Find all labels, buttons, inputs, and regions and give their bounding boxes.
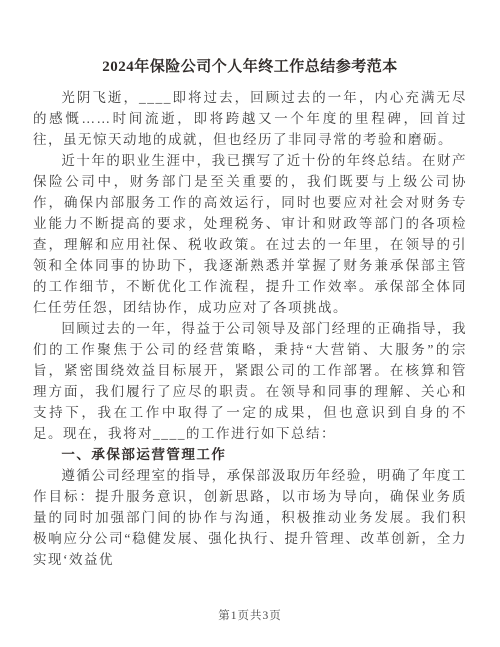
section-heading-underwriting: 一、承保部运营管理工作 bbox=[33, 444, 467, 465]
paragraph-year-review: 回顾过去的一年，得益于公司领导及部门经理的正确指导，我们的工作聚焦于公司的经营策… bbox=[33, 318, 467, 444]
document-page: 2024年保险公司个人年终工作总结参考范本 光阴飞逝，____即将过去，回顾过去… bbox=[0, 0, 500, 647]
document-content: 2024年保险公司个人年终工作总结参考范本 光阴飞逝，____即将过去，回顾过去… bbox=[0, 0, 500, 570]
document-title: 2024年保险公司个人年终工作总结参考范本 bbox=[33, 56, 467, 78]
paragraph-intro: 光阴飞逝，____即将过去，回顾过去的一年，内心充满无尽的感慨……时间流逝，即将… bbox=[33, 87, 467, 150]
page-number-footer: 第1页共3页 bbox=[0, 607, 500, 623]
paragraph-career-review: 近十年的职业生涯中，我已撰写了近十份的年终总结。在财产保险公司中，财务部门是至关… bbox=[33, 150, 467, 318]
paragraph-underwriting-goals: 遵循公司经理室的指导，承保部汲取历年经验，明确了年度工作目标：提升服务意识，创新… bbox=[33, 465, 467, 570]
